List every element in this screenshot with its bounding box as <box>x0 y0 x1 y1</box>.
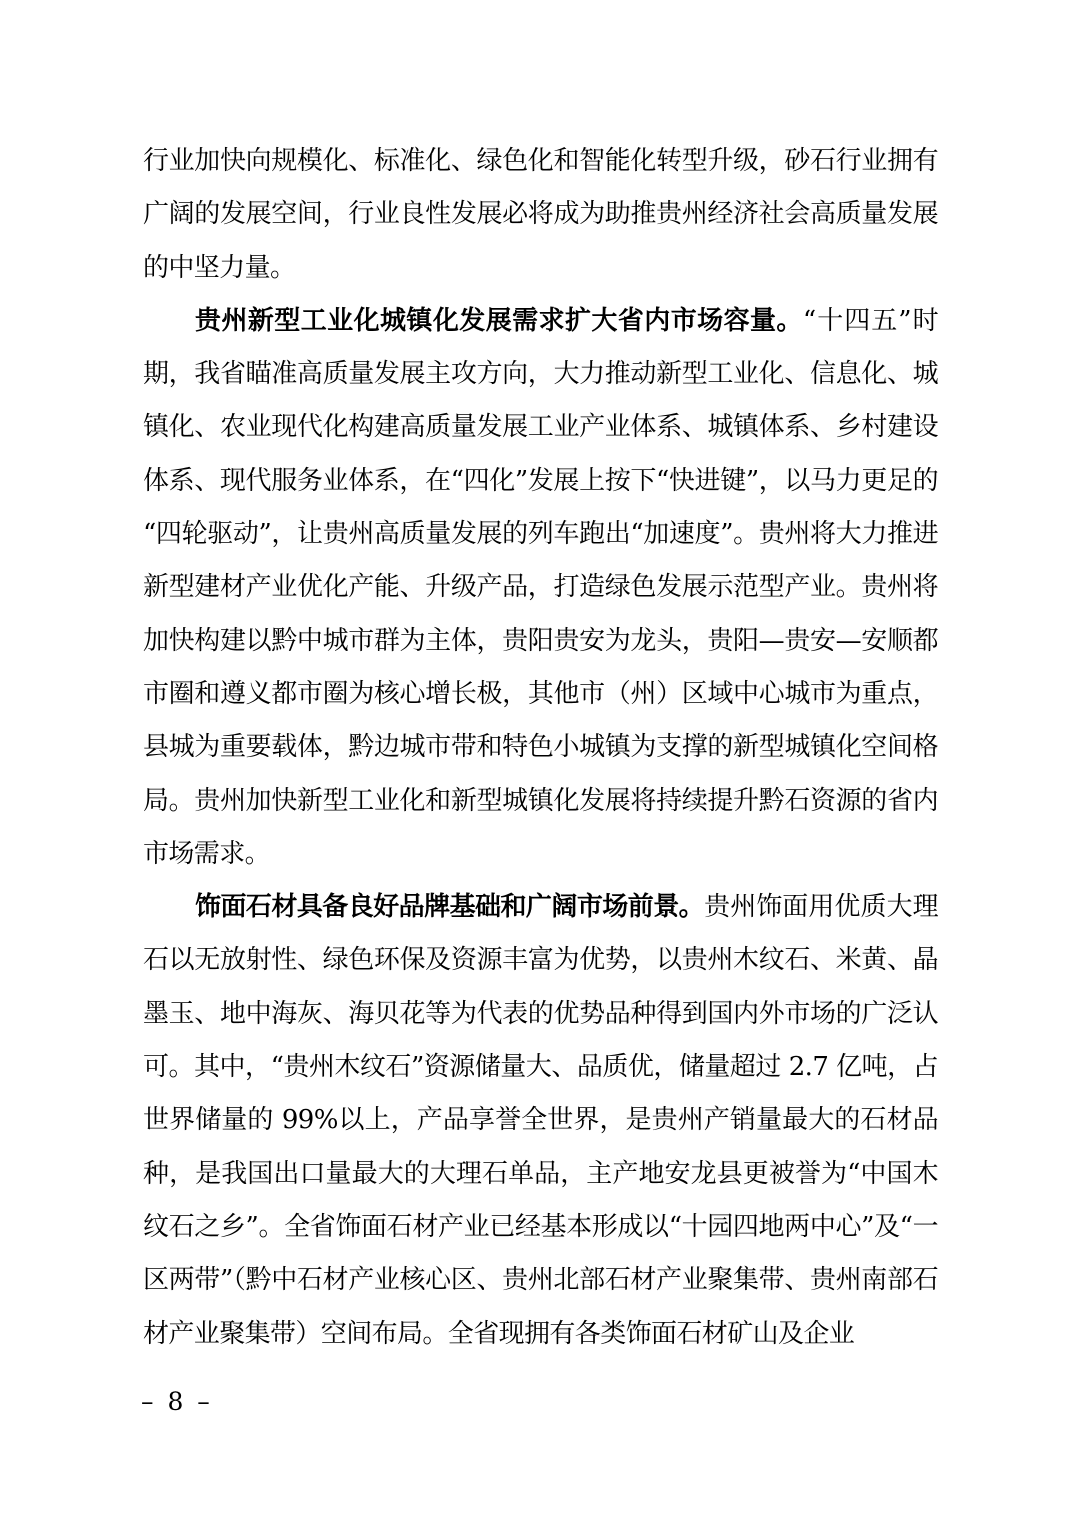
paragraph-text: 行业加快向规模化、标准化、绿色化和智能化转型升级，砂石行业拥有广阔的发展空间，行… <box>143 146 938 283</box>
paragraph-bold-lead: 贵州新型工业化城镇化发展需求扩大省内市场容量。 <box>195 306 803 336</box>
page-number: – 8 – <box>141 1387 213 1416</box>
paragraph-continuation: 行业加快向规模化、标准化、绿色化和智能化转型升级，砂石行业拥有广阔的发展空间，行… <box>143 135 938 295</box>
document-page: 行业加快向规模化、标准化、绿色化和智能化转型升级，砂石行业拥有广阔的发展空间，行… <box>0 0 1074 1520</box>
page-footer: – 8 – <box>141 1387 213 1417</box>
paragraph-facing-stone: 饰面石材具备良好品牌基础和广阔市场前景。贵州饰面用优质大理石以无放射性、绿色环保… <box>143 881 938 1361</box>
paragraph-bold-lead: 饰面石材具备良好品牌基础和广阔市场前景。 <box>195 892 704 922</box>
paragraph-market-capacity: 贵州新型工业化城镇化发展需求扩大省内市场容量。“十四五”时期，我省瞄准高质量发展… <box>143 295 938 881</box>
paragraph-text: 贵州饰面用优质大理石以无放射性、绿色环保及资源丰富为优势，以贵州木纹石、米黄、晶… <box>143 892 938 1348</box>
document-body: 行业加快向规模化、标准化、绿色化和智能化转型升级，砂石行业拥有广阔的发展空间，行… <box>143 135 938 1361</box>
paragraph-text: “十四五”时期，我省瞄准高质量发展主攻方向，大力推动新型工业化、信息化、城镇化、… <box>143 306 938 869</box>
